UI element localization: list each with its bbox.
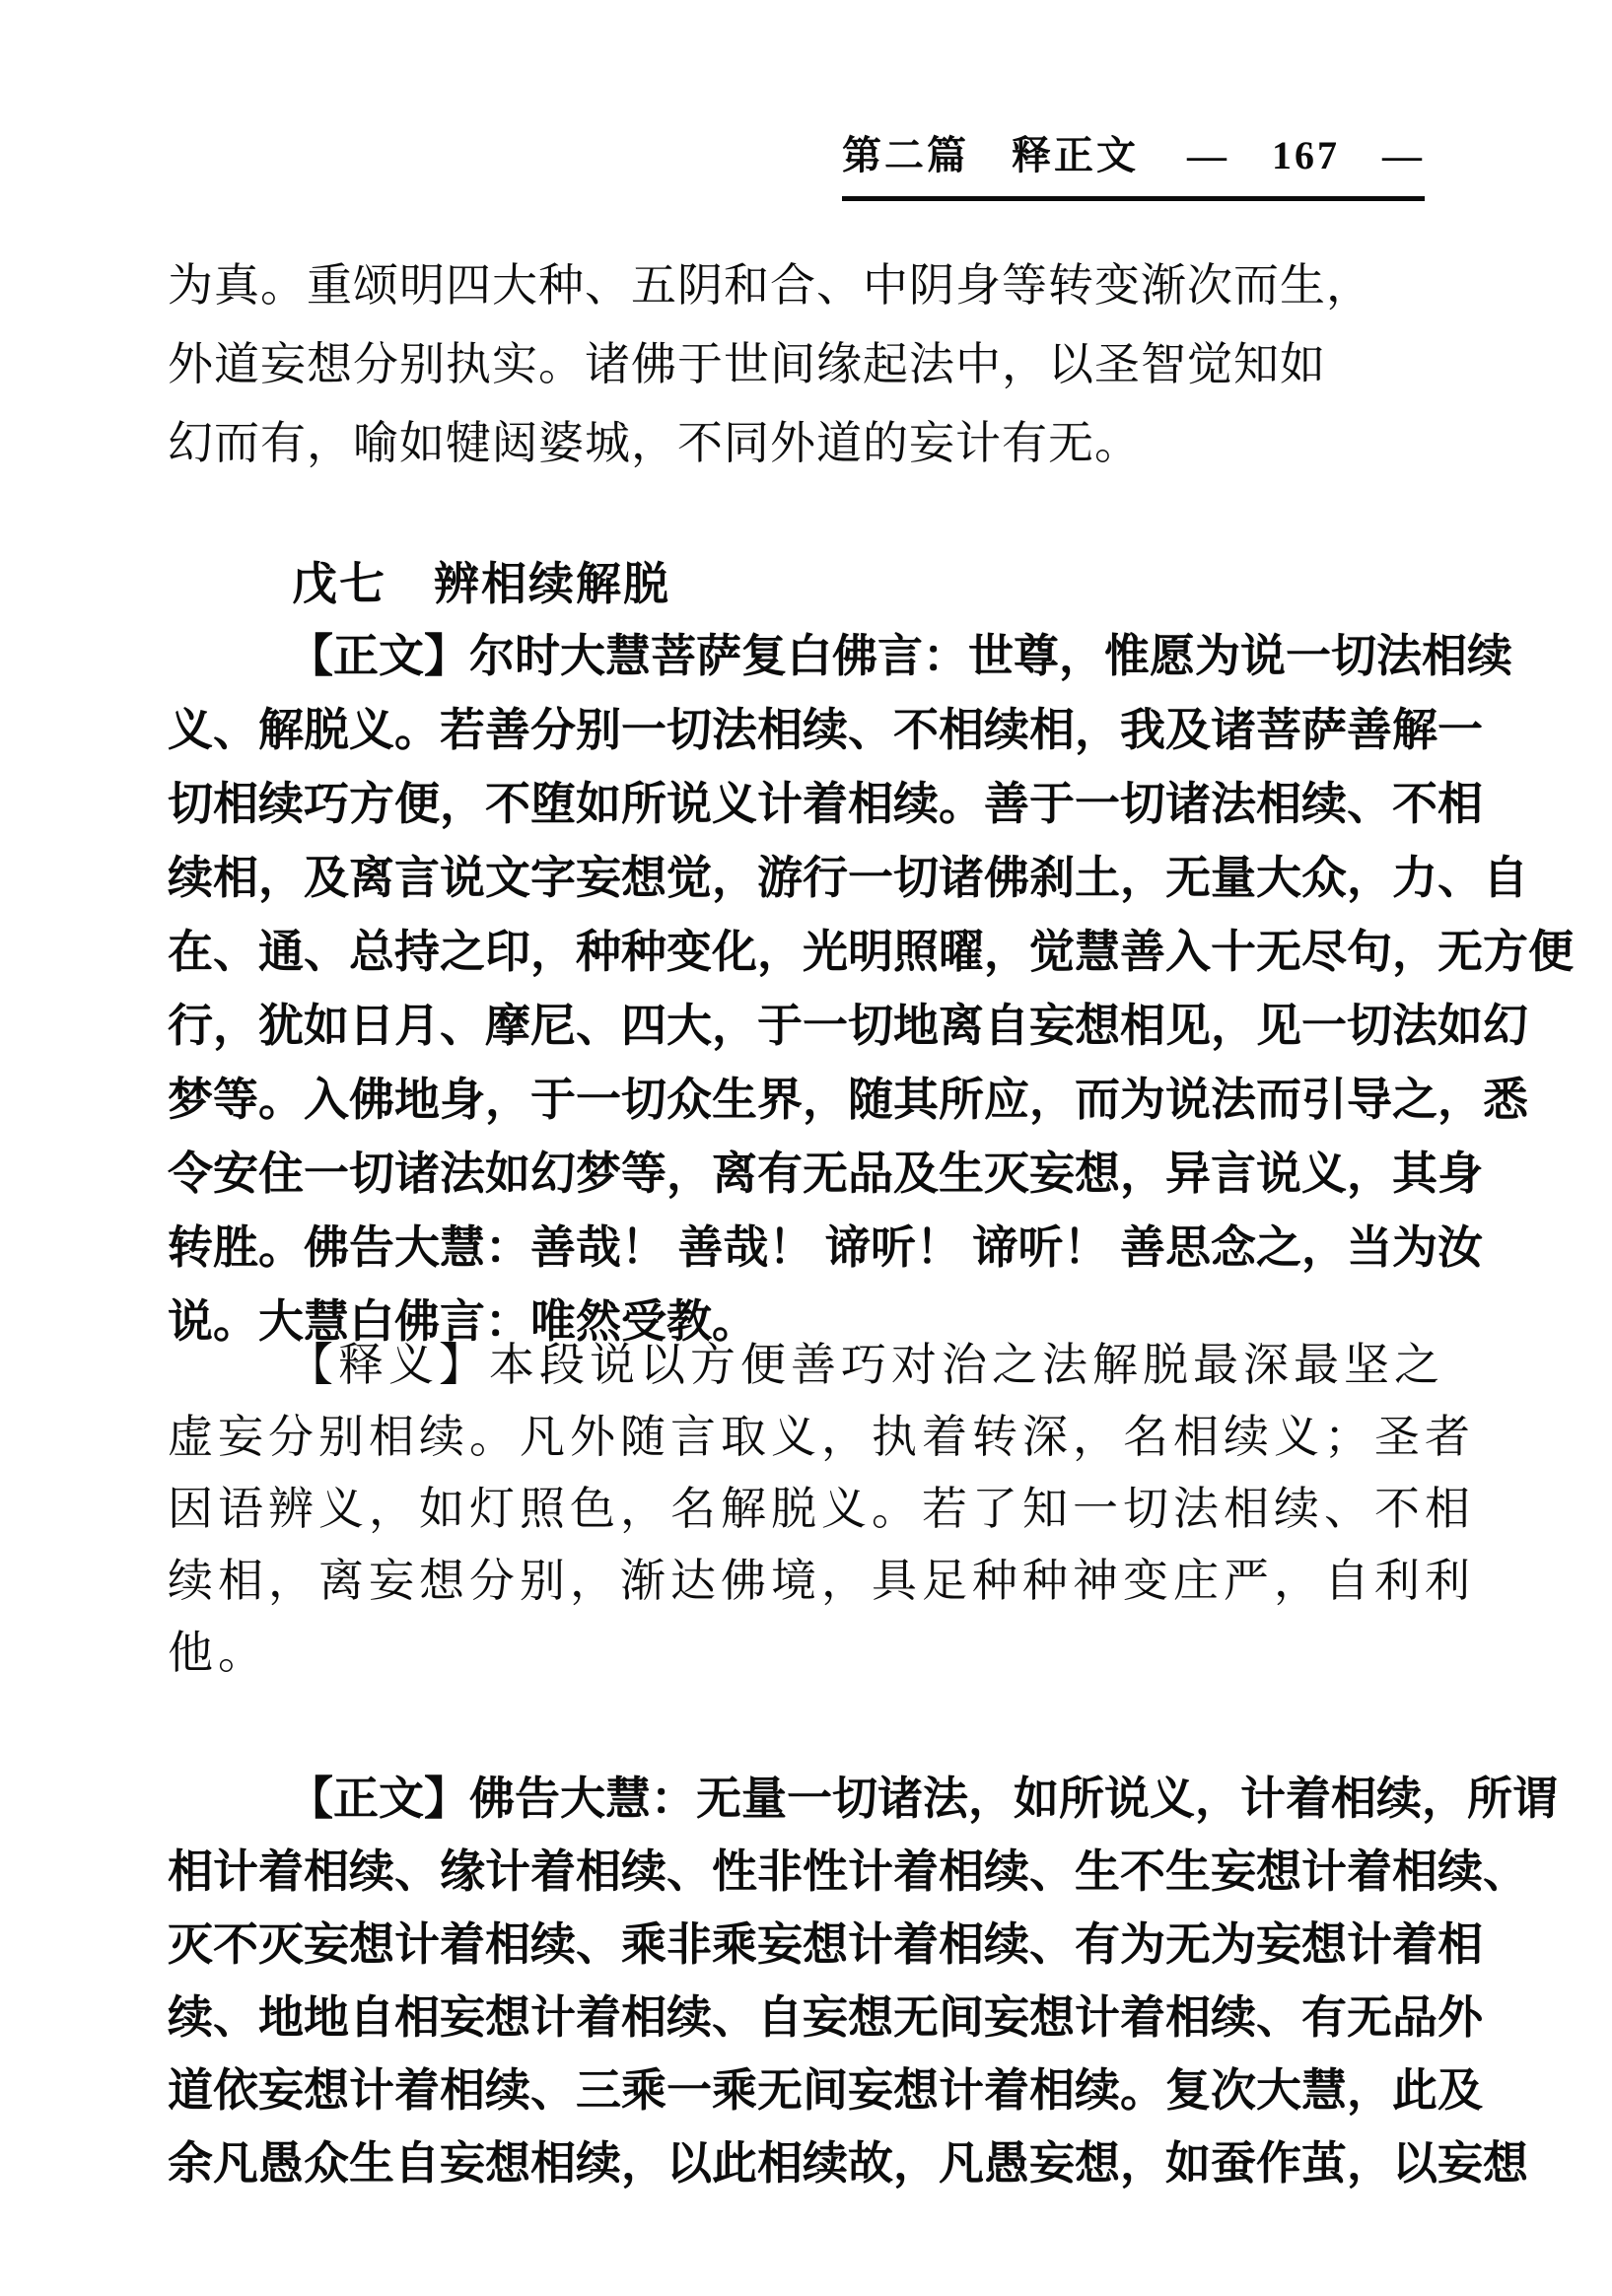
zhengwen-paragraph-2: 【正文】佛告大慧：无量一切诸法，如所说义，计着相续，所谓 相计着相续、缘计着相续… [168, 1763, 1459, 2200]
text-line: 余凡愚众生自妄想相续，以此相续故，凡愚妄想，如蚕作茧，以妄想 [168, 2127, 1459, 2200]
running-head-title: 第二篇 释正文 [842, 133, 1139, 177]
text-line: 在、通、总持之印，种种变化，光明照曜，觉慧善入十无尽句，无方便 [168, 915, 1459, 989]
text-line: 梦等。入佛地身，于一切众生界，随其所应，而为说法而引导之，悉 [168, 1063, 1459, 1137]
running-head: 第二篇 释正文 — 167 — [842, 124, 1425, 201]
section-heading: 戊七 辨相续解脱 [168, 548, 670, 613]
text-line: 幻而有，喻如犍闼婆城，不同外道的妄计有无。 [168, 404, 1459, 483]
shiyi-paragraph: 【释义】本段说以方便善巧对治之法解脱最深最坚之 虚妄分别相续。凡外随言取义，执着… [168, 1329, 1459, 1689]
text-line: 令安住一切诸法如幻梦等，离有无品及生灭妄想，异言说义，其身 [168, 1137, 1459, 1211]
text-line: 外道妄想分别执实。诸佛于世间缘起法中，以圣智觉知如 [168, 325, 1459, 404]
text-line: 因语辨义，如灯照色，名解脱义。若了知一切法相续、不相 [168, 1473, 1459, 1545]
text-line: 他。 [168, 1617, 1459, 1689]
text-line: 【正文】尔时大慧菩萨复白佛言：世尊，惟愿为说一切法相续 [168, 619, 1459, 693]
text-line: 续相，及离言说文字妄想觉，游行一切诸佛刹土，无量大众，力、自 [168, 841, 1459, 915]
zhengwen-paragraph-1: 【正文】尔时大慧菩萨复白佛言：世尊，惟愿为说一切法相续 义、解脱义。若善分别一切… [168, 619, 1459, 1358]
text-line: 转胜。佛告大慧：善哉！ 善哉！ 谛听！ 谛听！ 善思念之，当为汝 [168, 1211, 1459, 1285]
text-line: 为真。重颂明四大种、五阴和合、中阴身等转变渐次而生， [168, 246, 1459, 325]
text-line: 【释义】本段说以方便善巧对治之法解脱最深最坚之 [168, 1329, 1459, 1401]
text-line: 虚妄分别相续。凡外随言取义，执着转深，名相续义；圣者 [168, 1401, 1459, 1473]
text-line: 续、地地自相妄想计着相续、自妄想无间妄想计着相续、有无品外 [168, 1982, 1459, 2054]
text-line: 灭不灭妄想计着相续、乘非乘妄想计着相续、有为无为妄想计着相 [168, 1909, 1459, 1982]
text-line: 道依妄想计着相续、三乘一乘无间妄想计着相续。复次大慧，此及 [168, 2054, 1459, 2127]
text-line: 切相续巧方便，不堕如所说义计着相续。善于一切诸法相续、不相 [168, 767, 1459, 841]
text-line: 续相，离妄想分别，渐达佛境，具足种种神变庄严，自利利 [168, 1545, 1459, 1617]
text-line: 相计着相续、缘计着相续、性非性计着相续、生不生妄想计着相续、 [168, 1836, 1459, 1909]
text-line: 行，犹如日月、摩尼、四大，于一切地离自妄想相见，见一切法如幻 [168, 989, 1459, 1063]
intro-paragraph: 为真。重颂明四大种、五阴和合、中阴身等转变渐次而生， 外道妄想分别执实。诸佛于世… [168, 246, 1459, 483]
page-number: — 167 — [1187, 133, 1425, 177]
text-line: 【正文】佛告大慧：无量一切诸法，如所说义，计着相续，所谓 [168, 1763, 1459, 1836]
book-page: 第二篇 释正文 — 167 — 为真。重颂明四大种、五阴和合、中阴身等转变渐次而… [0, 0, 1612, 2296]
text-line: 义、解脱义。若善分别一切法相续、不相续相，我及诸菩萨善解一 [168, 693, 1459, 767]
